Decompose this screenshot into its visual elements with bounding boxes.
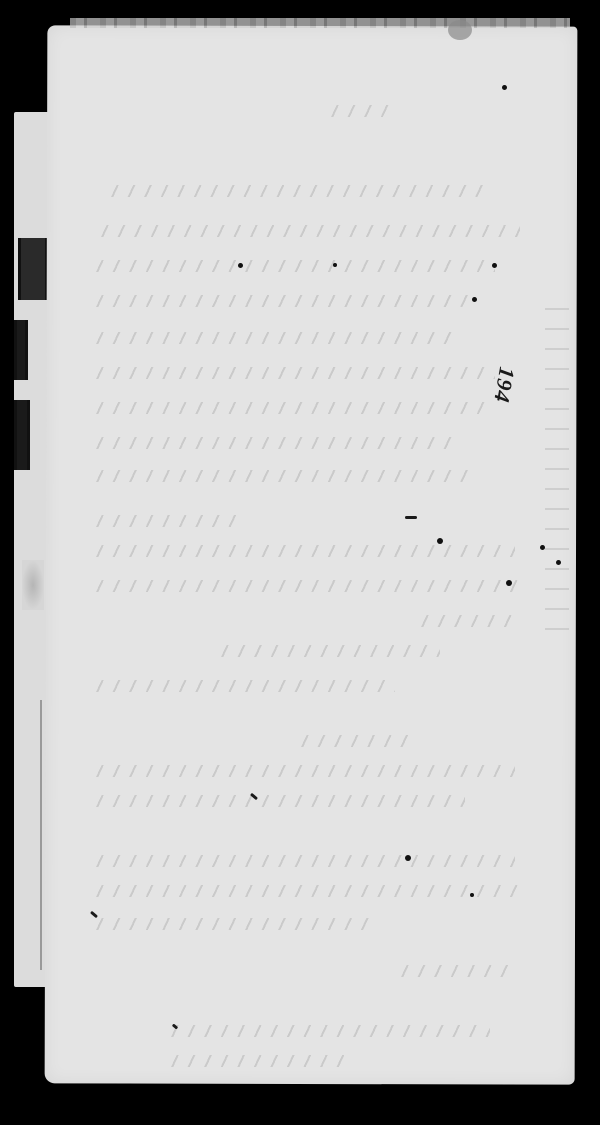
binding-tab xyxy=(18,238,48,300)
paper-smudge xyxy=(22,560,44,610)
handwriting-line xyxy=(95,437,455,449)
handwriting-line xyxy=(95,545,515,557)
handwriting-line xyxy=(95,260,495,272)
ink-spot xyxy=(556,560,561,565)
ink-spot xyxy=(470,893,474,897)
handwriting-line xyxy=(95,885,525,897)
ink-spot xyxy=(238,263,243,268)
handwriting-line xyxy=(95,580,525,592)
handwriting-line xyxy=(95,765,515,777)
handwriting-line xyxy=(95,855,515,867)
handwriting-line xyxy=(100,225,520,237)
handwriting-line xyxy=(95,515,245,527)
ink-spot xyxy=(540,545,545,550)
handwriting-line xyxy=(95,295,475,307)
handwriting-line xyxy=(170,1055,350,1067)
ink-spot xyxy=(333,263,337,267)
ink-spot xyxy=(506,580,512,586)
handwriting-line xyxy=(95,367,495,379)
handwriting-line xyxy=(95,918,375,930)
handwriting-line xyxy=(300,735,410,747)
handwriting-line xyxy=(220,645,440,657)
handwriting-line xyxy=(95,680,395,692)
ink-mark xyxy=(405,516,417,519)
ink-spot xyxy=(492,263,497,268)
sheet-edge-line xyxy=(40,700,42,970)
page-torn-edge xyxy=(70,18,570,28)
handwriting-line xyxy=(95,332,455,344)
ink-stain xyxy=(448,20,472,40)
ink-spot xyxy=(437,538,443,544)
handwriting-line xyxy=(110,185,490,197)
binding-tab xyxy=(14,320,28,380)
handwriting-line xyxy=(95,470,475,482)
handwriting-line xyxy=(95,402,485,414)
ink-spot xyxy=(405,855,411,861)
ink-spot xyxy=(502,85,507,90)
ink-spot xyxy=(472,297,477,302)
handwriting-line xyxy=(330,105,390,117)
binding-tab xyxy=(14,400,30,470)
handwriting-line xyxy=(420,615,520,627)
margin-annotation xyxy=(545,300,569,630)
handwriting-line xyxy=(170,1025,490,1037)
handwriting-line xyxy=(400,965,510,977)
handwriting-line xyxy=(95,795,465,807)
